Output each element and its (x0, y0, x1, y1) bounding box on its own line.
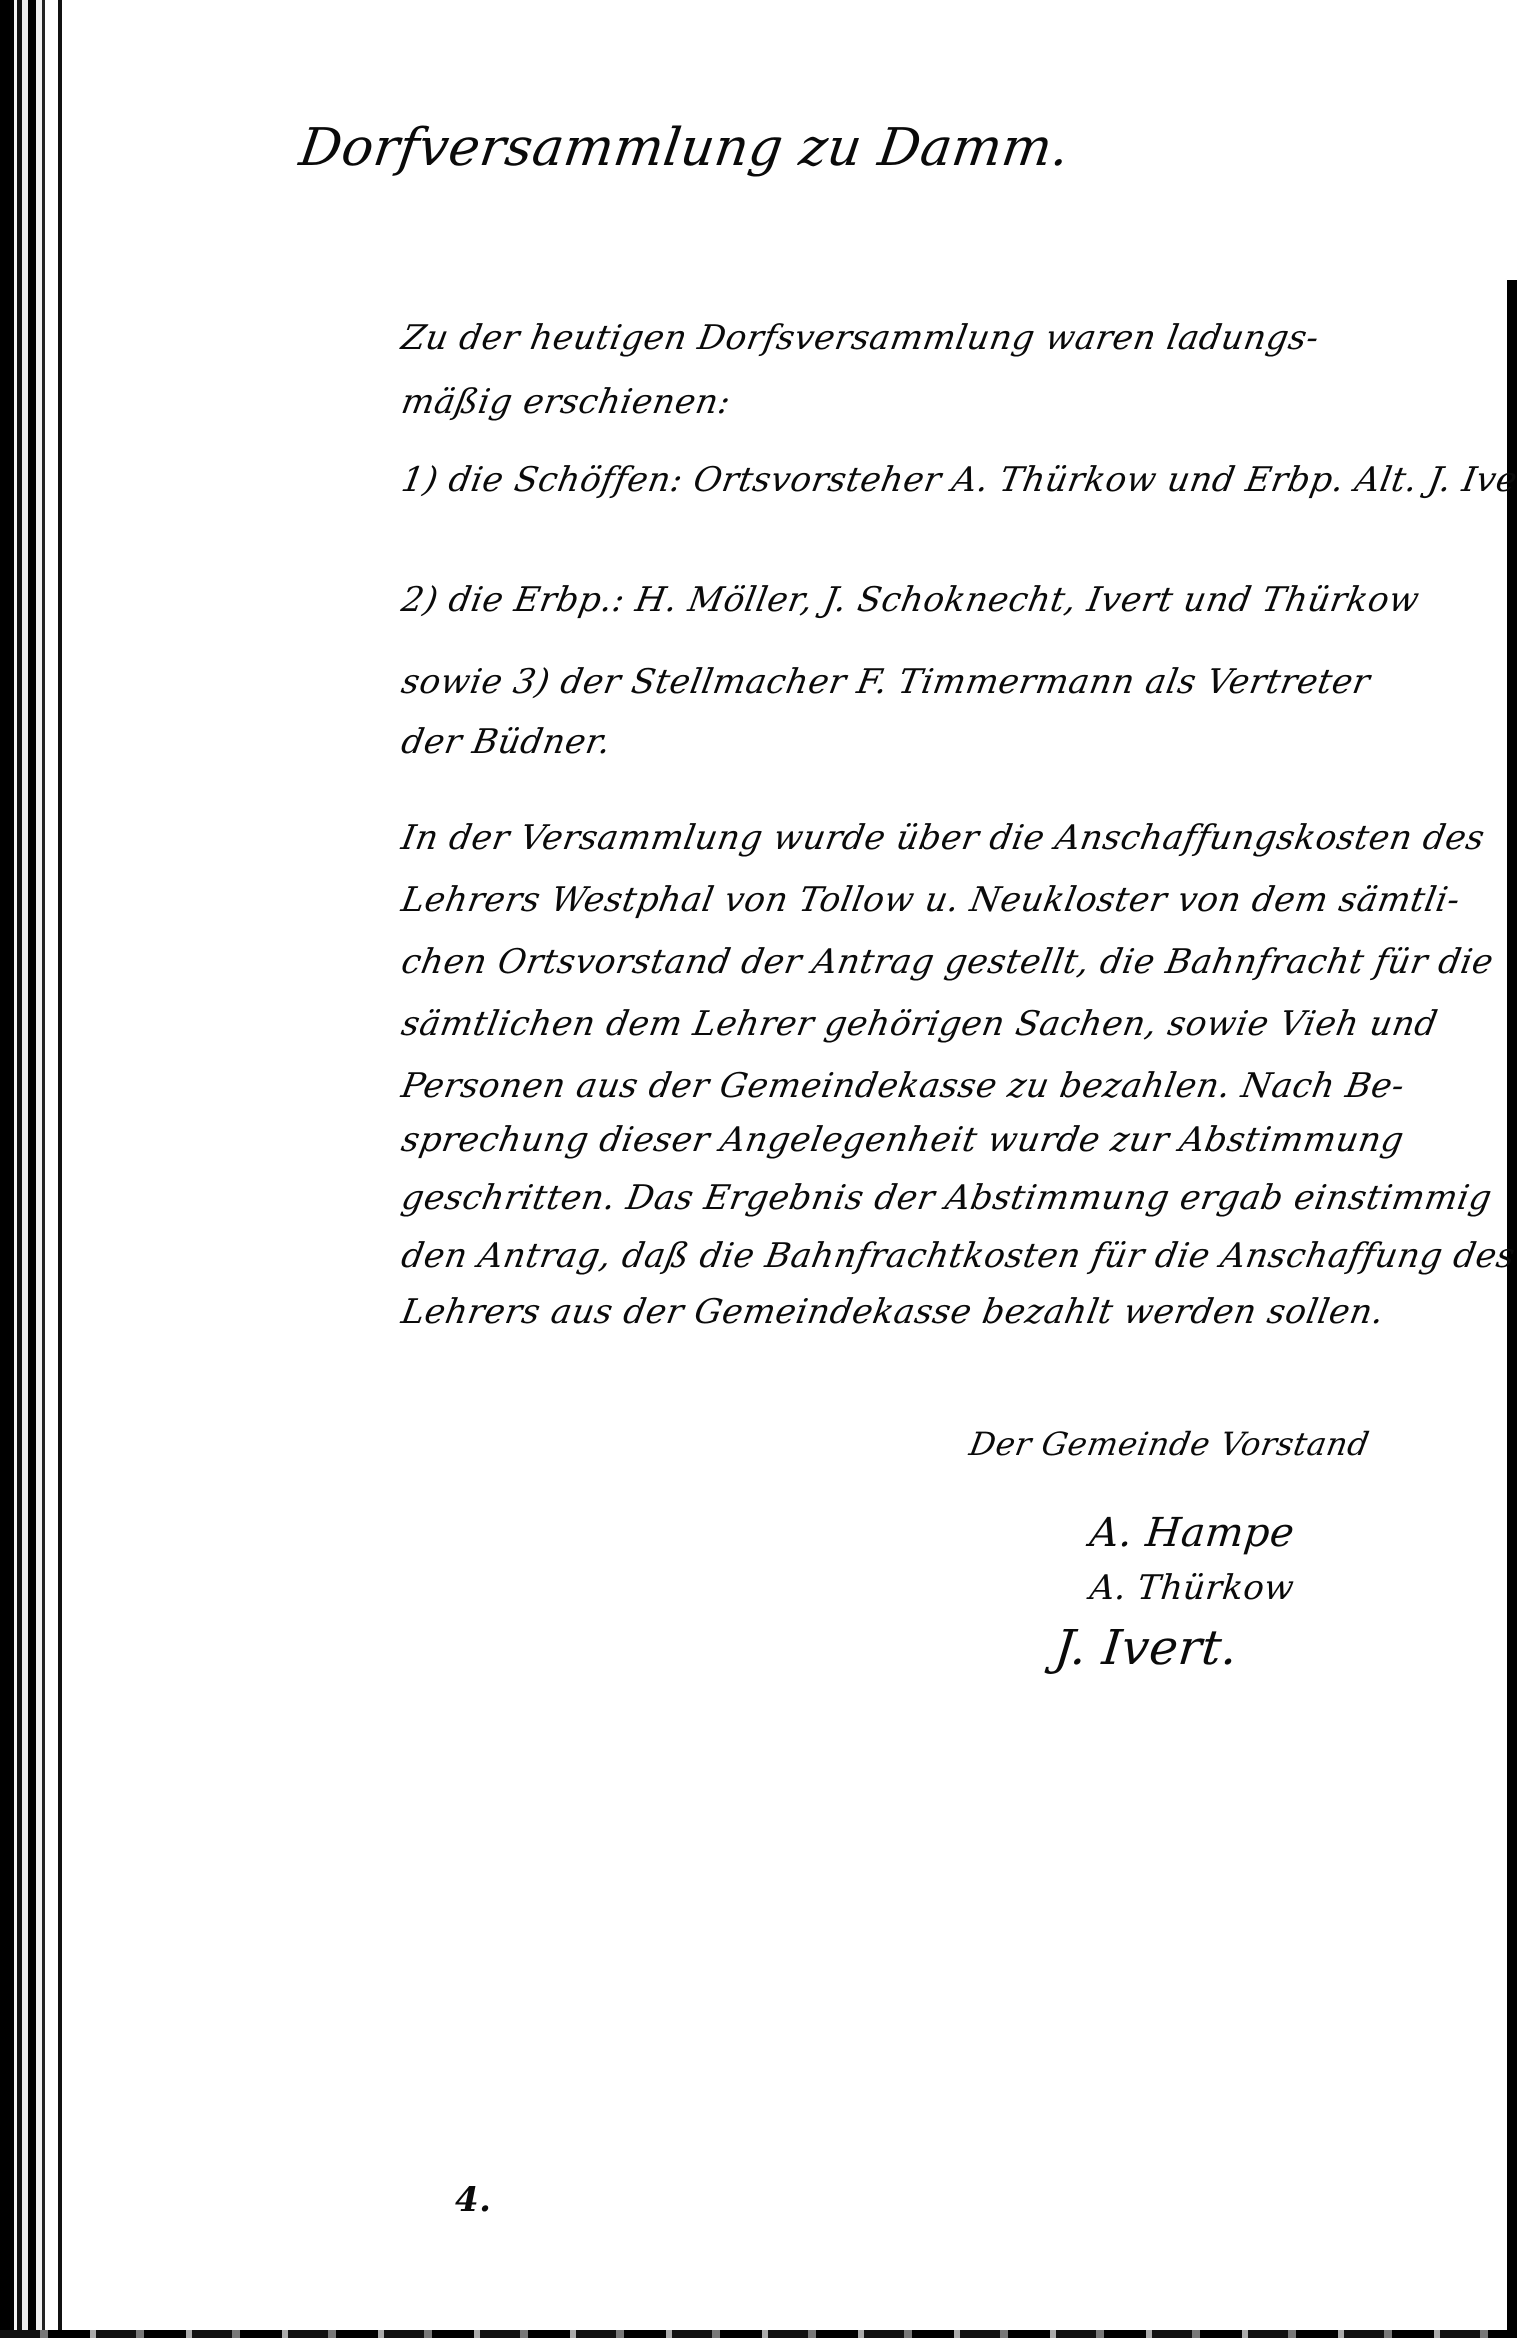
book-binding-edge (0, 0, 66, 2338)
page-right-edge (1507, 280, 1517, 2338)
document-title: Dorfversammlung zu Damm. (296, 118, 1074, 178)
text-line: Lehrers Westphal von Tollow u. Neukloste… (398, 880, 1463, 920)
text-line: chen Ortsvorstand der Antrag gestellt, d… (398, 942, 1496, 982)
text-line: 2) die Erbp.: H. Möller, J. Schoknecht, … (398, 580, 1422, 620)
text-line: Zu der heutigen Dorfsversammlung waren l… (398, 318, 1322, 358)
signature-heading: Der Gemeinde Vorstand (967, 1425, 1373, 1463)
text-line: geschritten. Das Ergebnis der Abstimmung… (398, 1178, 1495, 1218)
text-line: Lehrers aus der Gemeindekasse bezahlt we… (398, 1292, 1387, 1332)
text-line: sämtlichen dem Lehrer gehörigen Sachen, … (398, 1004, 1440, 1044)
signature: J. Ivert. (1052, 1620, 1240, 1676)
text-line: mäßig erschienen: (398, 382, 733, 422)
text-line: sprechung dieser Angelegenheit wurde zur… (398, 1120, 1406, 1160)
text-line: In der Versammlung wurde über die Anscha… (398, 818, 1487, 858)
text-line: den Antrag, daß die Bahnfrachtkosten für… (398, 1236, 1517, 1276)
text-line: Personen aus der Gemeindekasse zu bezahl… (398, 1066, 1407, 1106)
text-line: der Büdner. (398, 722, 613, 762)
signature: A. Thürkow (1088, 1568, 1296, 1608)
page-bottom-edge (0, 2330, 1517, 2338)
page-number-mark: 4. (455, 2180, 492, 2220)
text-line: sowie 3) der Stellmacher F. Timmermann a… (398, 662, 1373, 702)
signature: A. Hampe (1088, 1510, 1297, 1556)
text-line: 1) die Schöffen: Ortsvorsteher A. Thürko… (398, 460, 1517, 500)
